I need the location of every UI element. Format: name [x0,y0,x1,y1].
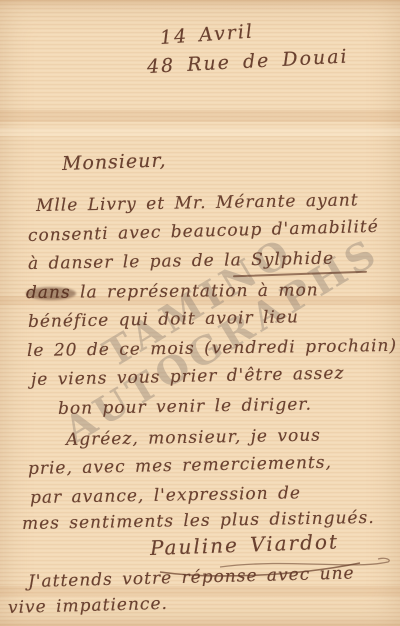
date-line: 14 Avril [159,20,254,49]
body-line: consenti avec beaucoup d'amabilité [28,217,379,246]
body-line: Mlle Livry et Mr. Mérante ayant [36,190,359,216]
closing-line: par avance, l'expression de [30,483,301,508]
ink-blot [26,287,76,300]
body-line: je viens vous prier d'être assez [31,363,345,390]
closing-line: Agréez, monsieur, je vous [66,426,321,450]
body-line: bénéfice qui doit avoir lieu [28,307,299,332]
body-line: bon pour venir le diriger. [58,395,312,419]
paper-band [0,128,400,136]
address-line: 48 Rue de Douai [146,45,349,78]
letter-page: TAMINO AUTOGRAPHS 14 Avril 48 Rue de Dou… [0,0,400,626]
salutation: Monsieur, [62,149,167,175]
body-line: à danser le pas de la Sylphide [28,249,334,274]
postscript-line: vive impatience. [8,594,168,618]
closing-line: prie, avec mes remerciements, [28,453,332,479]
paper-band [0,110,400,122]
postscript-line: J'attends votre réponse avec une [28,563,355,592]
body-line: le 20 de ce mois (vendredi prochain) [27,336,397,361]
sylphide-underline [233,271,367,278]
